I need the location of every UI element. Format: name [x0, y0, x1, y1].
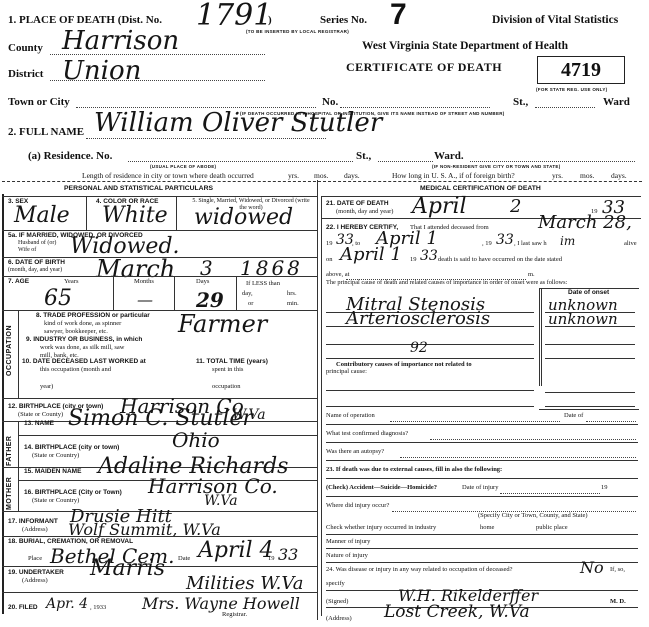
father-birthplace-label: 14. BIRTHPLACE (city or town) — [24, 444, 119, 451]
burial-date: April 4 — [198, 538, 274, 563]
undertaker-label: 19. UNDERTAKER — [8, 569, 64, 576]
dist-close-paren: ) — [268, 14, 272, 26]
public-place-label: public place — [536, 524, 568, 531]
injury-date-label: Date of injury — [462, 484, 498, 491]
specify-location-note: (Specify City or Town, County, and State… — [478, 512, 588, 519]
age-label: 7. AGE — [8, 278, 29, 285]
less-or-label: or — [248, 300, 253, 307]
county-label: County — [8, 42, 43, 54]
state-reg-note: (FOR STATE REG. USE ONLY) — [536, 87, 607, 92]
signed-label: (Signed) — [326, 598, 348, 605]
undertaker-address-label: (Address) — [22, 577, 48, 584]
informant-label: 17. INFORMANT — [8, 518, 58, 525]
place-of-death-label: 1. PLACE OF DEATH (Dist. No. — [8, 14, 162, 26]
district-value: Union — [62, 56, 141, 86]
burial-year-prefix: 19 — [268, 555, 275, 562]
injury-year-prefix: 19 — [601, 484, 608, 491]
less-than-label: If LESS than — [246, 280, 280, 287]
less-min-label: min. — [287, 300, 299, 307]
town-ward-label: Ward — [603, 96, 630, 108]
residence-ward-label: Ward. — [434, 150, 464, 162]
last-saw-year: 33 — [420, 248, 438, 264]
industry-sub1: work was done, as silk mill, saw — [40, 344, 125, 351]
mother-birthplace-label: 16. BIRTHPLACE (City or Town) — [24, 489, 122, 496]
where-injury-label: Where did injury occur? — [326, 502, 389, 509]
registrar-label: Registrar. — [222, 611, 247, 618]
last-worked-sub: this occupation (month and — [40, 366, 111, 373]
total-time-label: 11. TOTAL TIME (years) — [196, 358, 268, 365]
alive-label: alive — [624, 240, 637, 247]
mother-birthplace-sub: (State or Country) — [32, 497, 79, 504]
marital-value: widowed — [194, 205, 293, 230]
occupation-related-value: No — [580, 558, 604, 577]
mother-side-label: MOTHER — [6, 477, 13, 510]
last-saw-date: April 1 — [340, 244, 402, 265]
length-yrs: yrs. — [288, 171, 299, 180]
less-hrs-label: hrs. — [287, 290, 297, 297]
filed-year: , 1933 — [90, 604, 106, 611]
onset-header: Date of onset — [568, 289, 609, 296]
occupation-side-label: OCCUPATION — [6, 325, 13, 376]
dob-sub: (month, day, and year) — [8, 267, 62, 273]
operation-date-label: Date of — [564, 412, 583, 419]
industry-check-label: Check whether injury occurred in industr… — [326, 524, 436, 531]
length-residence-label: Length of residence in city or town wher… — [82, 171, 254, 180]
race-value: White — [102, 203, 168, 228]
cause-of-death: 92 — [410, 340, 428, 356]
age-months-label: Months — [134, 278, 154, 285]
father-name-label: 13. NAME — [24, 420, 54, 427]
district-label: District — [8, 68, 43, 80]
last-saw-pronoun: im — [560, 234, 575, 248]
physician-address: Lost Creek, W.Va — [384, 602, 530, 622]
less-day-label: day, — [242, 290, 253, 297]
causes-intro: The principal cause of death and related… — [326, 279, 567, 286]
dod-day: 2 — [510, 196, 521, 217]
from-year-prefix: 19 — [326, 240, 333, 247]
county-value: Harrison — [62, 26, 179, 56]
last-saw-year-prefix: 19 — [410, 256, 417, 263]
father-name-value: Simon C. Stutler — [68, 406, 253, 431]
dod-sub: (month, day and year) — [336, 208, 393, 215]
to-year: 33 — [496, 232, 514, 248]
nonresident-note: (IF NON-RESIDENT GIVE CITY OR TOWN AND S… — [432, 164, 561, 169]
registrar-signature: Mrs. Wayne Howell — [142, 594, 300, 613]
to-year-prefix: , 19 — [482, 240, 492, 247]
mother-birthplace-state: W.Va — [204, 493, 238, 509]
age-days-value: 29 — [196, 288, 224, 312]
personal-section-title: PERSONAL AND STATISTICAL PARTICULARS — [64, 185, 213, 192]
undertaker-name: Marris — [90, 556, 165, 581]
undertaker-address: Milities W.Va — [186, 573, 303, 594]
age-days-label: Days — [196, 278, 209, 285]
last-worked-label: 10. DATE DECEASED LAST WORKED at — [22, 358, 146, 365]
trade-sub1: kind of work done, as spinner — [44, 320, 121, 327]
division-title: Division of Vital Statistics — [492, 14, 618, 26]
autopsy-label: Was there an autopsy? — [326, 448, 384, 455]
full-name-label: 2. FULL NAME — [8, 126, 84, 138]
town-label: Town or City — [8, 96, 70, 108]
burial-year: 33 — [278, 545, 298, 564]
foreign-mos: mos. — [580, 171, 594, 180]
dob-label: 6. DATE OF BIRTH — [8, 259, 65, 266]
specify-label: specify — [326, 580, 345, 587]
total-time-sub: spent in this — [212, 366, 243, 373]
birthplace-sub: (State or County) — [18, 411, 63, 418]
trade-sub2: sawyer, bookkeeper, etc. — [44, 328, 108, 335]
trade-label: 8. TRADE PROFESSION or particular — [36, 312, 150, 319]
above-at-label: above, at — [326, 271, 349, 278]
foreign-yrs: yrs. — [552, 171, 563, 180]
age-months-value: — — [137, 290, 153, 309]
filed-label: 20. FILED — [8, 604, 38, 611]
full-name-value: William Oliver Stutler — [94, 108, 382, 138]
dod-month: April — [412, 194, 467, 219]
burial-date-label: Date — [178, 555, 190, 562]
length-days: days. — [344, 171, 360, 180]
m-label: m. — [528, 271, 535, 278]
test-label: What test confirmed diagnosis? — [326, 430, 408, 437]
father-birthplace-value: Ohio — [172, 428, 220, 452]
contributory-sub: principal cause: — [326, 368, 367, 375]
manner-injury-label: Manner of injury — [326, 538, 370, 545]
dod-label: 21. DATE OF DEATH — [326, 200, 389, 207]
abode-note: (USUAL PLACE OF ABODE) — [150, 164, 216, 169]
town-no-label: No. — [322, 96, 338, 108]
spouse-sub: Husband of (or) Wife of — [18, 240, 62, 254]
operation-label: Name of operation — [326, 412, 375, 419]
sex-value: Male — [14, 203, 70, 228]
industry-label: 9. INDUSTRY OR BUSINESS, in which — [26, 336, 142, 343]
medical-section-title: MEDICAL CERTIFICATION OF DEATH — [420, 185, 541, 192]
cause-of-death: Arteriosclerosis — [346, 308, 490, 329]
last-saw-label: , I last saw h — [514, 240, 547, 247]
father-birthplace-sub: (State or Country) — [32, 452, 79, 459]
foreign-days: days. — [611, 171, 627, 180]
burial-place-label: Place — [28, 555, 42, 562]
death-stated-text: death is said to have occurred on the da… — [438, 256, 562, 263]
mother-name-label: 15. MAIDEN NAME — [24, 468, 81, 475]
age-years-label: Years — [64, 278, 79, 285]
check-label: (Check) Accident—Suicide—Homicide? — [326, 484, 437, 491]
inserted-note: (TO BE INSERTED BY LOCAL REGISTRAR) — [246, 29, 349, 34]
occupation-related-label: 24. Was disease or injury in any way rel… — [326, 566, 513, 573]
last-worked-year: year) — [40, 383, 53, 390]
residence-st-label: St., — [356, 150, 371, 162]
informant-address-label: (Address) — [22, 526, 48, 533]
attended-from: March 28, — [538, 212, 632, 233]
foreign-label: How long in U. S. A., if of foreign birt… — [392, 171, 515, 180]
if-so-label: If, so, — [610, 566, 625, 573]
town-st-label: St., — [513, 96, 528, 108]
filed-date: Apr. 4 — [46, 596, 88, 612]
certificate-title: CERTIFICATE OF DEATH — [346, 60, 502, 75]
home-label: home — [480, 524, 494, 531]
external-causes-label: 23. If death was due to external causes,… — [326, 466, 502, 473]
on-label: on — [326, 256, 333, 263]
contributory-label: Contributory causes of importance not re… — [336, 361, 472, 368]
trade-value: Farmer — [178, 310, 267, 338]
father-side-label: FATHER — [6, 436, 13, 466]
series-label: Series No. — [320, 14, 367, 26]
physician-address-label: (Address) — [326, 615, 352, 622]
department-title: West Virginia State Department of Health — [362, 40, 568, 52]
md-label: M. D. — [610, 598, 626, 605]
state-reg-number: 4719 — [537, 56, 625, 84]
length-mos: mos. — [314, 171, 328, 180]
nature-injury-label: Nature of injury — [326, 552, 368, 559]
residence-label: (a) Residence. No. — [28, 150, 112, 162]
total-time-occupation: occupation — [212, 383, 241, 390]
cause-onset: unknown — [548, 310, 618, 328]
age-years-value: 65 — [44, 286, 72, 311]
series-no: 7 — [390, 0, 407, 32]
